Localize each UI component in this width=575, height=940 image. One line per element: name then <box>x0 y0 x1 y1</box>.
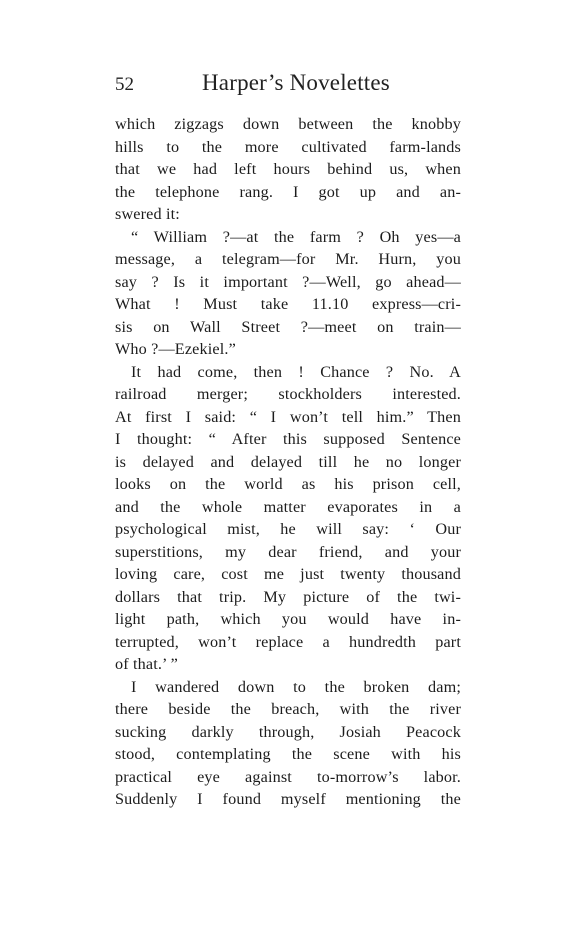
text-line: sis on Wall Street ?—meet on train— <box>115 316 461 339</box>
text-line: At first I said: “ I won’t tell him.” Th… <box>115 406 461 429</box>
paragraph: I wandered down to the broken dam; there… <box>115 676 461 811</box>
text-line: railroad merger; stockholders interested… <box>115 383 461 406</box>
text-line: superstitions, my dear friend, and your <box>115 541 461 564</box>
text-line: that we had left hours behind us, when <box>115 158 461 181</box>
text-line: light path, which you would have in- <box>115 608 461 631</box>
text-line: say ? Is it important ?—Well, go ahead— <box>115 271 461 294</box>
text-line: is delayed and delayed till he no longer <box>115 451 461 474</box>
page-number: 52 <box>115 74 134 96</box>
text-line: message, a telegram—for Mr. Hurn, you <box>115 248 461 271</box>
paragraph: “ William ?—at the farm ? Oh yes—a messa… <box>115 226 461 361</box>
running-title: Harper’s Novelettes <box>202 70 390 96</box>
text-line: Who ?—Ezekiel.” <box>115 338 461 361</box>
text-line: stood, contemplating the scene with his <box>115 743 461 766</box>
text-line: “ William ?—at the farm ? Oh yes—a <box>115 226 461 249</box>
text-line: of that.’ ” <box>115 653 461 676</box>
text-line: Suddenly I found myself mentioning the <box>115 788 461 811</box>
text-line: hills to the more cultivated farm-lands <box>115 136 461 159</box>
text-line: sucking darkly through, Josiah Peacock <box>115 721 461 744</box>
text-line: looks on the world as his prison cell, <box>115 473 461 496</box>
text-line: I thought: “ After this supposed Sentenc… <box>115 428 461 451</box>
book-page: 52 Harper’s Novelettes which zigzags dow… <box>0 0 575 940</box>
text-line: the telephone rang. I got up and an- <box>115 181 461 204</box>
text-line: and the whole matter evaporates in a <box>115 496 461 519</box>
text-line: practical eye against to-morrow’s labor. <box>115 766 461 789</box>
text-line: psychological mist, he will say: ‘ Our <box>115 518 461 541</box>
text-line: swered it: <box>115 203 461 226</box>
text-line: dollars that trip. My picture of the twi… <box>115 586 461 609</box>
text-line: which zigzags down between the knobby <box>115 113 461 136</box>
paragraph: It had come, then ! Chance ? No. A railr… <box>115 361 461 676</box>
text-line: there beside the breach, with the river <box>115 698 461 721</box>
text-line: What ! Must take 11.10 express—cri- <box>115 293 461 316</box>
text-line: loving care, cost me just twenty thousan… <box>115 563 461 586</box>
body-text: which zigzags down between the knobby hi… <box>115 113 461 811</box>
running-head: 52 Harper’s Novelettes <box>115 70 460 100</box>
paragraph: which zigzags down between the knobby hi… <box>115 113 461 226</box>
text-line: It had come, then ! Chance ? No. A <box>115 361 461 384</box>
text-line: terrupted, won’t replace a hundredth par… <box>115 631 461 654</box>
text-line: I wandered down to the broken dam; <box>115 676 461 699</box>
